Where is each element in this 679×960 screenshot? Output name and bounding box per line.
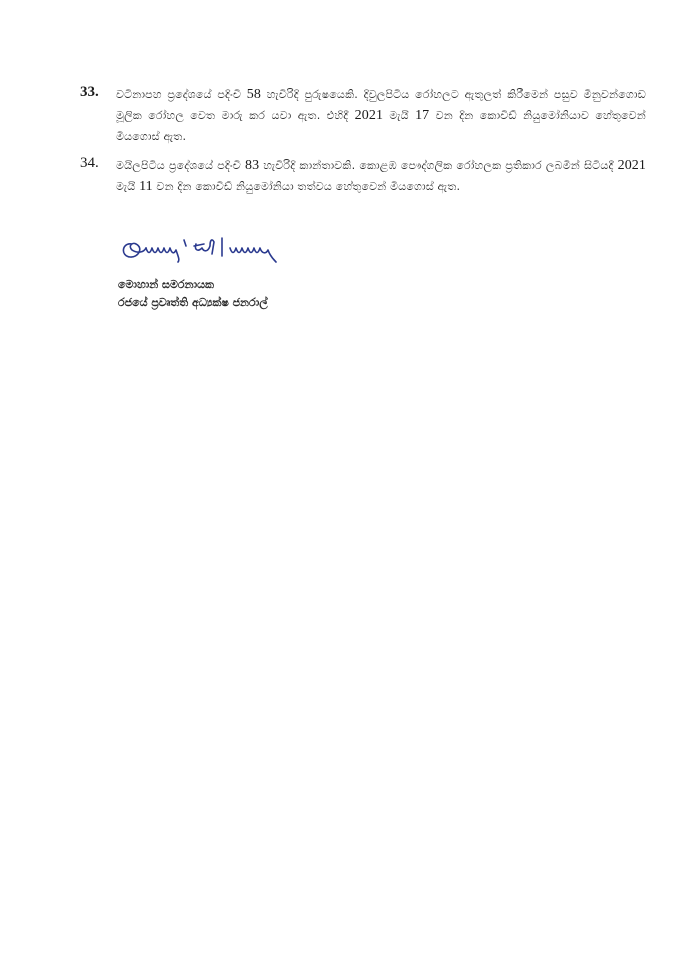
number-value: 11 [139, 179, 153, 194]
text-run: වන දින කොවිඩ් නියුමෝනියා තත්වය හේතුවෙන් … [153, 180, 460, 193]
text-run: හැවිරිදි කාන්තාවකි. කොළඹ පෞද්ගලික රෝහලක … [259, 159, 617, 172]
item-text: වටිනාපහ ප්‍රදේශයේ පදිංචි 58 හැවිරිදි පුර… [116, 84, 646, 147]
document-page: 33. වටිනාපහ ප්‍රදේශයේ පදිංචි 58 හැවිරිදි… [0, 0, 679, 960]
number-value: 83 [245, 158, 259, 173]
text-run: මැයි [383, 109, 415, 122]
text-run: මයිලපිටිය ප්‍රදේශයේ පදිංචි [116, 159, 245, 172]
text-run: වටිනාපහ ප්‍රදේශයේ පදිංචි [116, 88, 247, 101]
text-run: මැයි [116, 180, 139, 193]
signer-block: මොහාන් සමරනායක රජයේ ප්‍රවෘත්ති අධ්‍යක්ෂ … [118, 276, 268, 312]
item-text: මයිලපිටිය ප්‍රදේශයේ පදිංචි 83 හැවිරිදි ක… [116, 155, 646, 197]
signature-icon [118, 232, 298, 266]
item-number: 34. [80, 155, 99, 172]
number-value: 17 [415, 108, 429, 123]
number-value: 2021 [355, 108, 383, 123]
signer-name: මොහාන් සමරනායක [118, 276, 268, 294]
number-value: 2021 [618, 158, 646, 173]
signer-title: රජයේ ප්‍රවෘත්ති අධ්‍යක්ෂ ජනරාල් [118, 294, 268, 312]
item-number: 33. [80, 84, 99, 101]
number-value: 58 [247, 87, 261, 102]
